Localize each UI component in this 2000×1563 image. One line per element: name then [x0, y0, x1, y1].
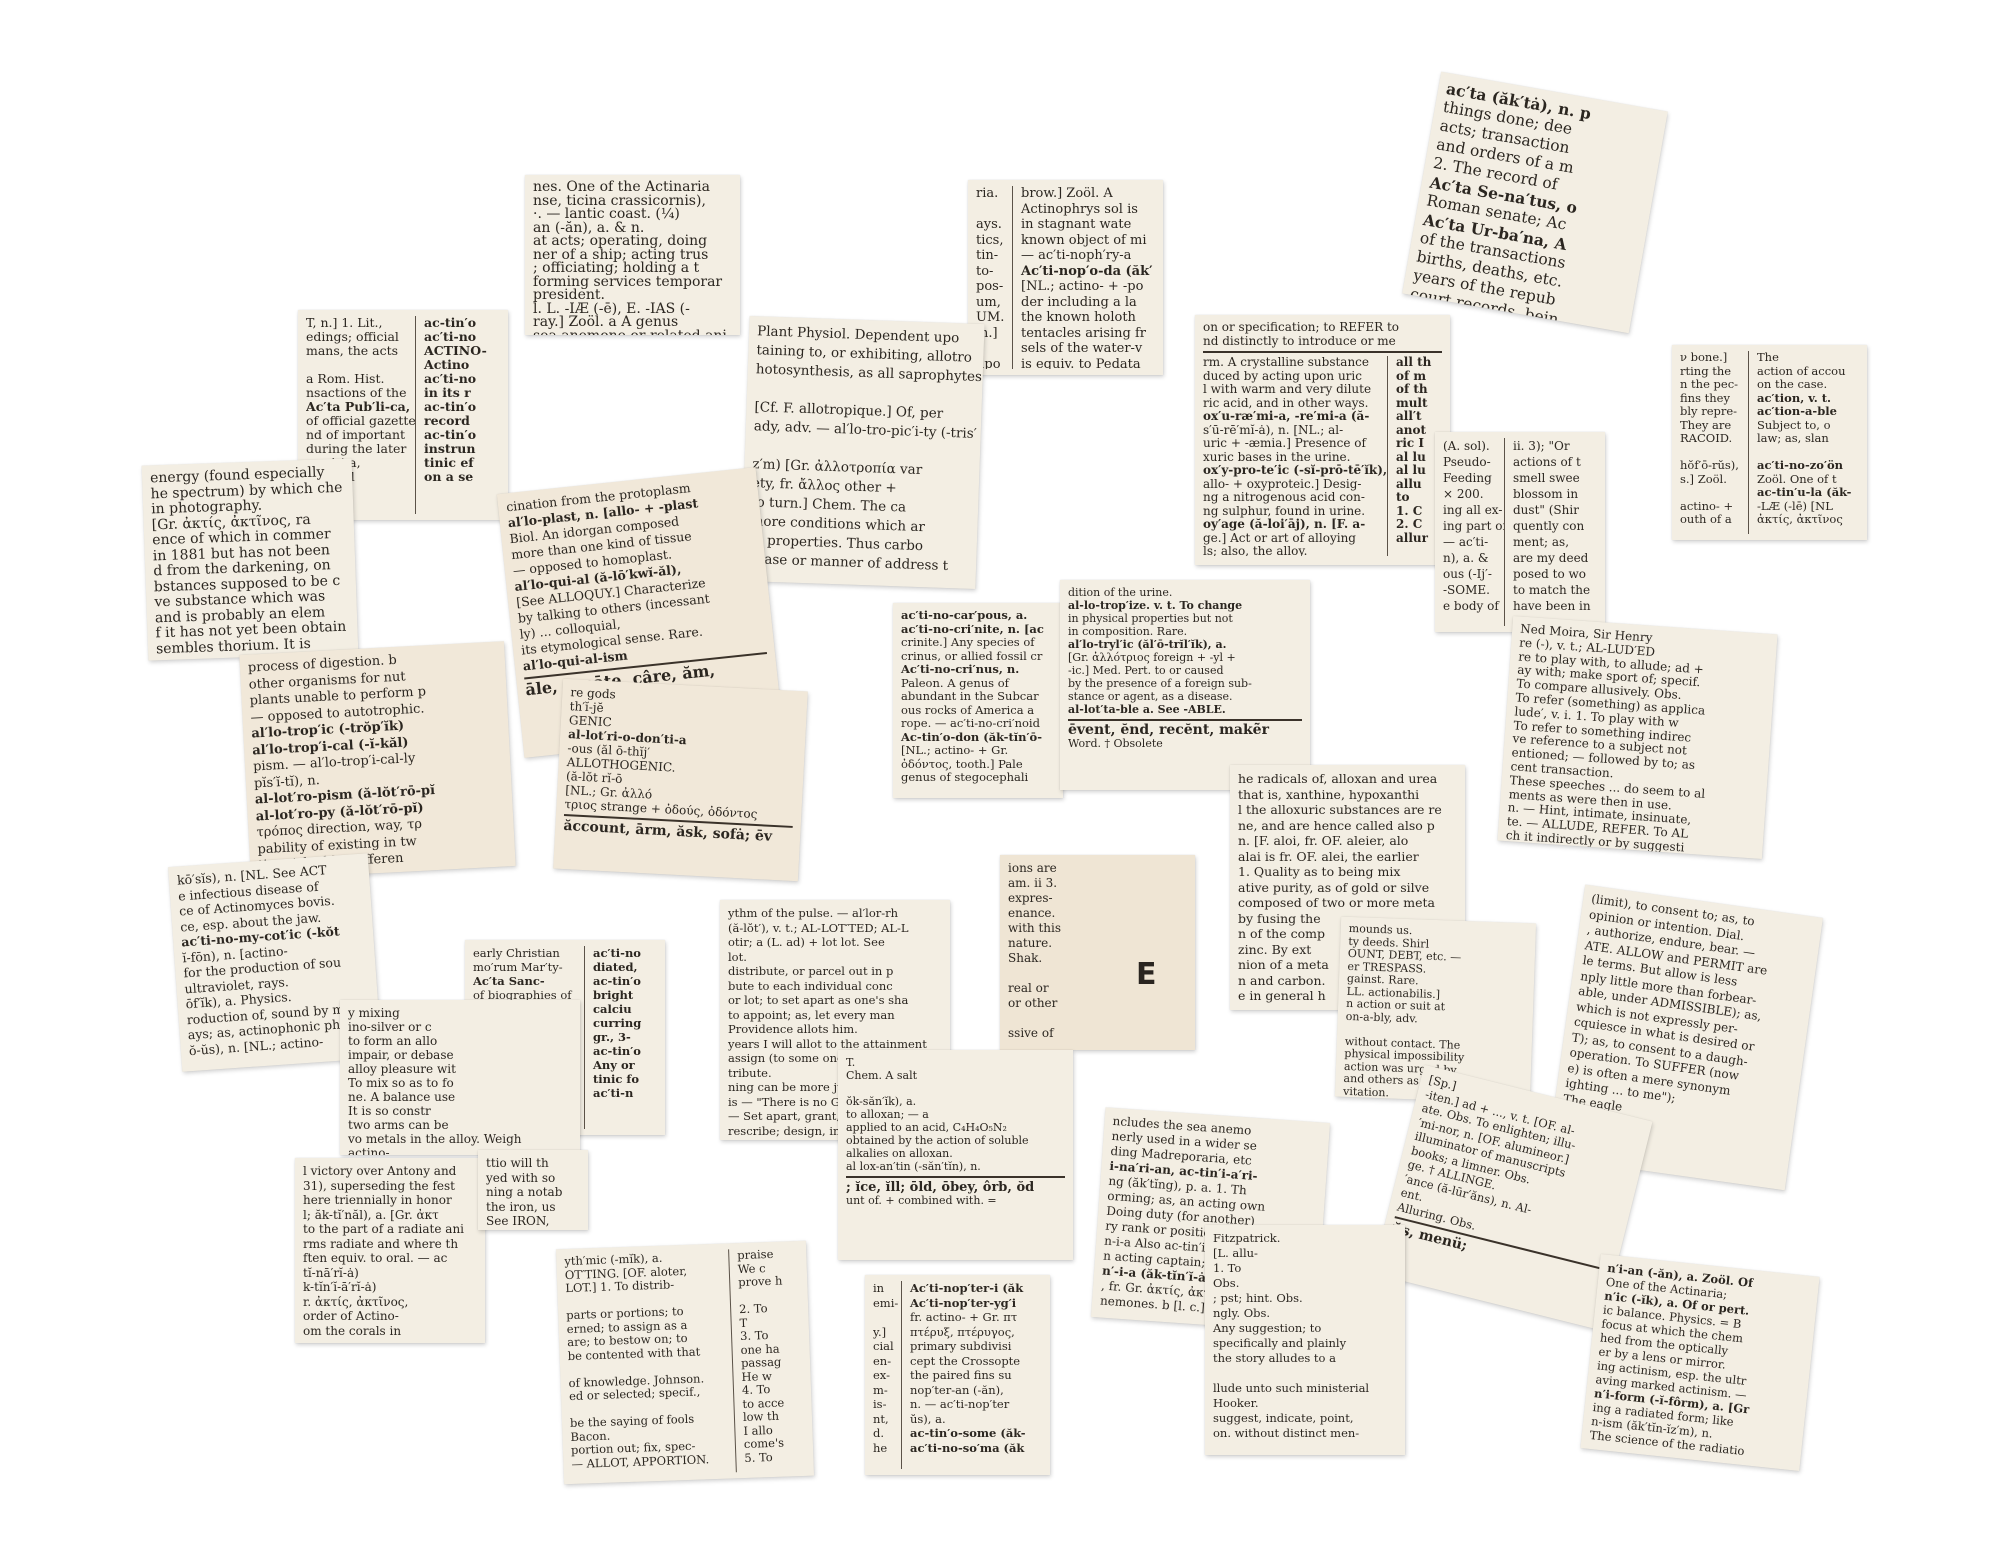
text-line: ac′tion-a-ble [1757, 405, 1853, 419]
text-line: xuric bases in the urine. [1203, 451, 1381, 465]
text-line: T, n.] 1. Lit., [306, 316, 409, 330]
text-line: Any or [593, 1058, 651, 1072]
fragment-iron: ttio will thyed with soning a notabthe i… [478, 1150, 588, 1230]
text-line: during the later [306, 442, 409, 456]
fragment-text: ttio will thyed with soning a notabthe i… [486, 1156, 580, 1229]
text-line: -LÆ (-lē) [NL [1757, 500, 1853, 514]
text-line: ria. [976, 186, 1006, 202]
fragment-text: nes. One of the Actinarianse, ticina cra… [533, 181, 732, 335]
fragment-allude: Ned Moira, Sir Henryre (-), v. t.; AL-LU… [1497, 616, 1777, 859]
text-line: ac-tin′u-la (ăk- [1757, 486, 1853, 500]
text-line: l; ăk-tĭ′năl), a. [Gr. ἀκτ [303, 1208, 477, 1223]
text-line: to- [976, 264, 1006, 280]
text-line: r. ἀκτίς, ἀκτῖνος, [303, 1295, 477, 1310]
fragment-alloy-mixing: y mixing ino-silver or cto form an alloi… [340, 1000, 580, 1155]
text-line: fins they [1680, 392, 1742, 406]
text-line [1008, 966, 1068, 981]
text-line: in its r [424, 386, 494, 400]
text-line: impair, or debase [348, 1048, 572, 1062]
text-line: early Christian [473, 946, 578, 960]
text-line: vo metals in the alloy. Weigh [348, 1132, 572, 1146]
pronunciation-key: ; ĭce, ĭll; ōld, ōbey, ôrb, ŏd [846, 1181, 1065, 1194]
text-line: mans, the acts [306, 344, 409, 358]
text-line: ric I [1396, 437, 1436, 451]
text-line: two arms can be [348, 1118, 572, 1132]
text-line: alai is fr. OF. alei, the earlier [1238, 849, 1457, 865]
text-line: Ac-tin′o-don (ăk-tĭn′ō- [901, 731, 1055, 745]
text-line: crinite.] Any species of [901, 636, 1055, 650]
text-line [1213, 1366, 1397, 1381]
text-line: Ac′ta Pub′li-ca, [306, 400, 409, 414]
text-line: years I will allot to the attainment [728, 1037, 942, 1052]
text-line: ν bone.] [1680, 351, 1742, 365]
text-line: Ac′ti-nop′o-da (ăk′ [1021, 264, 1149, 280]
text-line: are my deed [1513, 550, 1591, 566]
text-line: anot [1396, 424, 1436, 438]
text-line: Actinophrys sol is [1021, 202, 1149, 218]
text-line: tics, [976, 233, 1006, 249]
text-line: alloy pleasure wit [348, 1062, 572, 1076]
text-line: ythm of the pulse. — al′lor-rh [728, 906, 942, 921]
text-line: brow.] Zoöl. A [1021, 186, 1149, 202]
fragment-actinism: n′i-an (-ăn), a. Zoöl. OfOne of the Acti… [1580, 1254, 1819, 1471]
text-line: distribute, or parcel out in p [728, 964, 942, 979]
text-line: ac-tin′o [593, 1044, 651, 1058]
text-line [1680, 486, 1742, 500]
text-line: enance. [1008, 906, 1068, 921]
text-line: ac′ti-no-so′ma (ăk [910, 1441, 1036, 1456]
text-line: cept the Crossopte [910, 1354, 1036, 1369]
text-line: a Rom. Hist. [306, 372, 409, 386]
text-line: Subject to, o [1757, 419, 1853, 433]
text-line [1680, 446, 1742, 460]
text-line: rting the [1680, 365, 1742, 379]
text-line: ac-tin′o-some (ăk- [910, 1426, 1036, 1441]
fragment-text: y mixing ino-silver or cto form an alloi… [348, 1006, 572, 1155]
text-line: ; pst; hint. Obs. [1213, 1291, 1397, 1306]
text-line: e body of [1443, 598, 1498, 614]
text-line: nature. [1008, 936, 1068, 951]
fragment-text: cination from the protoplasmal′lo-plast,… [505, 474, 766, 675]
text-line: 1. To [1213, 1261, 1397, 1276]
text-line: tĭ-nā′rĭ-ȧ) [303, 1266, 477, 1281]
text-line [1757, 446, 1853, 460]
fragment-alloxuremia: on or specification; to REFER tond disti… [1195, 315, 1450, 565]
text-line: ox′y-pro-te′ic (-sĭ-prō-tē′ĭk), [1203, 464, 1381, 478]
text-line: rope. — ac′ti-no-cri′noid [901, 717, 1055, 731]
text-line: 1. Quality as to being mix [1238, 864, 1457, 880]
text-line: specifically and plainly [1213, 1336, 1397, 1351]
text-line: mo′rum Mar′ty- [473, 960, 578, 974]
text-line: ge.] Act or art of alloying [1203, 532, 1381, 546]
fragment-actions-shirley: (A. sol).Pseudo-Feeding× 200.ing all ex-… [1435, 432, 1605, 632]
text-line: Actino [424, 358, 494, 372]
text-line: genus of stegocephali [901, 771, 1055, 785]
text-line: dition of the urine. [1068, 586, 1302, 599]
text-line: gr., 3- [593, 1030, 651, 1044]
text-line: allu [1396, 478, 1436, 492]
text-line: n), a. & [1443, 550, 1498, 566]
text-line: ment; as, [1513, 534, 1591, 550]
left-column: ν bone.]rting then the pec-fins theybly … [1680, 351, 1748, 534]
text-line: the paired fins su [910, 1368, 1036, 1383]
text-line: ls; also, the alloy. [1203, 545, 1381, 556]
text-line: bright [593, 988, 651, 1002]
text-line: Obs. [1213, 1276, 1397, 1291]
fragment-actinopoda: ria. ays.tics,tin-to-pos-um,UM.m.] upo b… [968, 180, 1163, 375]
text-line: outh of a [1680, 513, 1742, 527]
text-line: n. — ac′ti-nop′ter [910, 1397, 1036, 1412]
text-line: tinic ef [424, 456, 494, 470]
text-line: to alloxan; — a [846, 1108, 1065, 1121]
text-line: ac′ti-no-cri′nite, n. [ac [901, 623, 1055, 637]
text-line: To mix so as to fo [348, 1076, 572, 1090]
text-line: RACOID. [1680, 432, 1742, 446]
fragment-actinal: l victory over Antony and31), supersedin… [295, 1158, 485, 1343]
fragment-letter-e: ions aream. ii 3.expres-enance.with this… [1000, 855, 1195, 1050]
text-line: ays. [976, 217, 1006, 233]
text-line: k-tĭn′ĭ-ā′rĭ-ȧ) [303, 1280, 477, 1295]
text-line: or other [1008, 996, 1068, 1011]
text-line: al lu [1396, 451, 1436, 465]
text-line: ac′ti-no-zo′ön [1757, 459, 1853, 473]
text-line: Paleon. A genus of [901, 677, 1055, 691]
text-line: See IRON, [486, 1214, 580, 1229]
key-legend: Word. † Obsolete [1068, 737, 1302, 750]
text-line: ac′ti-n [593, 1086, 651, 1100]
text-line: ssive of [1008, 1026, 1068, 1041]
text-line: y mixing [348, 1006, 572, 1020]
text-line: edings; official [306, 330, 409, 344]
fragment-text: ac′ti-no-car′pous, a.ac′ti-no-cri′nite, … [901, 609, 1055, 785]
text-line: composed of two or more meta [1238, 895, 1457, 911]
left-column: yth′mic (-mĭk), a.OT′TING. [OF. aloter,L… [564, 1249, 736, 1478]
text-line: Ac′ti-no-cri′nus, n. [901, 663, 1055, 677]
pronunciation-key: ēvent, ĕnd, recĕnt, makẽr [1068, 724, 1302, 737]
fragment-allotrylic: dition of the urine.al-lo-trop′ize. v. t… [1060, 580, 1310, 790]
fragment-text: dition of the urine.al-lo-trop′ize. v. t… [1068, 586, 1302, 716]
text-line: Shak. [1008, 951, 1068, 966]
text-line: to appoint; as, let every man [728, 1008, 942, 1023]
text-line: (ă-lŏt′), v. t.; AL-LOT′TED; AL-L [728, 921, 942, 936]
text-line: allo- + oxyproteic.] Desig- [1203, 478, 1381, 492]
text-line: applied to an acid, C₄H₄O₅N₂ [846, 1121, 1065, 1134]
text-line: ac-tin′o [593, 974, 651, 988]
text-line: ac-tin′o [424, 316, 494, 330]
text-line: [L. allu- [1213, 1246, 1397, 1261]
text-line: oy′age (ă-loi′āj), n. [F. a- [1203, 518, 1381, 532]
text-line: T. [846, 1056, 1065, 1069]
text-line: allur [1396, 532, 1436, 546]
text-line: The [1757, 351, 1853, 365]
text-line: bly repre- [1680, 405, 1742, 419]
text-line: hŏf′ō-rŭs), [1680, 459, 1742, 473]
text-line [1008, 1011, 1068, 1026]
text-line: calciu [593, 1002, 651, 1016]
text-line: instrun [424, 442, 494, 456]
text-line: is equiv. to Pedata [1021, 357, 1149, 370]
text-line: ino-silver or c [348, 1020, 572, 1034]
left-column: rm. A crystalline substanceduced by acti… [1203, 356, 1387, 556]
text-line: d. [873, 1426, 895, 1441]
text-line: the story alludes to a [1213, 1351, 1397, 1366]
text-line: Any suggestion; to [1213, 1321, 1397, 1336]
text-line: that is, xanthine, hypoxanthi [1238, 787, 1457, 803]
text-line: quently con [1513, 518, 1591, 534]
right-column: Theaction of accouon the case.ac′tion, v… [1748, 351, 1859, 534]
text-line: ngly. Obs. [1213, 1306, 1397, 1321]
text-line: to the part of a radiate ani [303, 1222, 477, 1237]
text-line: here triennially in honor [303, 1193, 477, 1208]
text-line: l victory over Antony and [303, 1164, 477, 1179]
pronunciation-key: ăccount, ārm, ăsk, sofȧ; ēv [563, 819, 792, 845]
text-line: stance or agent, as a disease. [1068, 690, 1302, 703]
fragment-text: l victory over Antony and31), supersedin… [303, 1164, 477, 1338]
text-line: the iron, us [486, 1200, 580, 1215]
fragment-allotting: yth′mic (-mĭk), a.OT′TING. [OF. aloter,L… [556, 1241, 814, 1485]
text-line: tinic fo [593, 1072, 651, 1086]
text-line: yed with so [486, 1171, 580, 1186]
text-line: m- [873, 1383, 895, 1398]
text-line: 31), superseding the fest [303, 1179, 477, 1194]
right-column: Ac′ti-nop′ter-i (ăkAc′ti-nop′ter-yg′ifr.… [901, 1281, 1042, 1469]
text-line: in stagnant wate [1021, 217, 1149, 233]
key-legend: unt of. + combined with. = [846, 1194, 1065, 1207]
text-line: ac-tin′o [424, 400, 494, 414]
text-line: on. without distinct men- [1213, 1426, 1397, 1441]
text-line: nd of important [306, 428, 409, 442]
text-line: Hooker. [1213, 1396, 1397, 1411]
fragment-actinium: energy (found especiallyhe spectrum) by … [142, 458, 359, 660]
text-line: obtained by the action of soluble [846, 1134, 1065, 1147]
text-line: y.] [873, 1325, 895, 1340]
text-line: known object of mi [1021, 233, 1149, 249]
text-line: al lox-an′tin (-săn′tĭn), n. [846, 1160, 1065, 1173]
text-line: nt, [873, 1412, 895, 1427]
text-line: ac-tin′o [424, 428, 494, 442]
text-line: to [1396, 491, 1436, 505]
text-line: is- [873, 1397, 895, 1412]
text-line: on or specification; to REFER to [1203, 321, 1442, 335]
text-line: expres- [1008, 891, 1068, 906]
text-line: ften equiv. to oral. — ac [303, 1251, 477, 1266]
text-line: action of accou [1757, 365, 1853, 379]
text-line: ac′tion, v. t. [1757, 392, 1853, 406]
fragment-text: T.Chem. A salt ŏk-săn′ĭk), a.to alloxan;… [846, 1056, 1065, 1173]
text-line [873, 1310, 895, 1325]
text-line: uric + -æmia.] Presence of [1203, 437, 1381, 451]
text-line: cial [873, 1339, 895, 1354]
text-line: It is so constr [348, 1104, 572, 1118]
text-line: actions of t [1513, 454, 1591, 470]
text-line: Ac′ta Sanc- [473, 974, 578, 988]
right-column: ac-tin′oac′ti-noACTINO-Actinoac′ti-noin … [415, 316, 500, 514]
text-line: ACTINO- [424, 344, 494, 358]
text-line: real or [1008, 981, 1068, 996]
text-line: Ac′ti-nop′ter-i (ăk [910, 1281, 1036, 1296]
text-line: Zoöl. One of t [1757, 473, 1853, 487]
text-line: he [873, 1441, 895, 1456]
fragment-acta: ac′ta (ăk′tȧ), n. pthings done; deeacts;… [1402, 72, 1668, 334]
text-line: abundant in the Subcar [901, 690, 1055, 704]
text-line: actino- + [1680, 500, 1742, 514]
text-line: blossom in [1513, 486, 1591, 502]
text-line: order of Actino- [303, 1309, 477, 1324]
text-line: ŏk-săn′ĭk), a. [846, 1095, 1065, 1108]
text-line: ac′ti-no [424, 372, 494, 386]
text-line: duced by acting upon uric [1203, 370, 1381, 384]
text-line: ative purity, as of gold or silve [1238, 880, 1457, 896]
fragment-top: on or specification; to REFER tond disti… [1203, 321, 1442, 348]
right-column: praiseWe cprove h 2. ToT3. Toone hapassa… [728, 1247, 806, 1472]
fragment-text: Plant Physiol. Dependent upotaining to, … [749, 322, 976, 576]
text-line [846, 1082, 1065, 1095]
text-line: ous (-Ij′- [1443, 566, 1498, 582]
text-line: l with warm and very dilute [1203, 383, 1381, 397]
text-line: curring [593, 1016, 651, 1030]
fragment-text: Fitzpatrick.[L. allu-1. ToObs.; pst; hin… [1213, 1231, 1397, 1441]
text-line: ing part of [1443, 518, 1498, 534]
right-column: ii. 3); "Oractions of tsmell sweeblossom… [1504, 438, 1597, 626]
text-line: lot. [728, 950, 942, 965]
text-line: alkalies on alloxan. [846, 1147, 1065, 1160]
text-line: ning a notab [486, 1185, 580, 1200]
text-line: Ac′ti-nop′ter-yg′i [910, 1296, 1036, 1311]
text-line: to match the [1513, 582, 1591, 598]
text-line: of official gazette [306, 414, 409, 428]
text-line: on a se [424, 470, 494, 484]
text-line: ox′u-ræ′mi-a, -re′mi-a (ă- [1203, 410, 1381, 424]
text-line: -ic.] Med. Pert. to or caused [1068, 664, 1302, 677]
text-line: of m [1396, 370, 1436, 384]
text-line: [NL.; actino- + Gr. [901, 744, 1055, 758]
right-column: brow.] Zoöl. AActinophrys sol isin stagn… [1012, 186, 1155, 369]
text-line: Chem. A salt [846, 1069, 1065, 1082]
text-line: ions are [1008, 861, 1068, 876]
fragment-actinocrinite: ac′ti-no-car′pous, a.ac′ti-no-cri′nite, … [893, 603, 1063, 798]
text-line: all′t [1396, 410, 1436, 424]
text-line: fr. actino- + Gr. πτ [910, 1310, 1036, 1325]
text-line: all th [1396, 356, 1436, 370]
text-line: sea anemone or related ani [533, 330, 732, 336]
text-line: [Gr. ἀλλότριος foreign + -yl + [1068, 651, 1302, 664]
text-line: in composition. Rare. [1068, 625, 1302, 638]
text-line: rms radiate and where th [303, 1237, 477, 1252]
text-line: nd distinctly to introduce or me [1203, 335, 1442, 349]
section-letter-e: E [1136, 967, 1157, 982]
text-line: ex- [873, 1368, 895, 1383]
right-column: ac′ti-nodiated,ac-tin′obrightcalciucurri… [584, 946, 657, 1129]
text-line: s′ū-rē′mĭ-ȧ), n. [NL.; al- [1203, 424, 1381, 438]
text-line: ne, and are hence called also p [1238, 818, 1457, 834]
text-line: n. [F. aloi, fr. OF. aleier, alo [1238, 833, 1457, 849]
text-line: ὀδόντος, tooth.] Pale [901, 758, 1055, 772]
text-line: ric acid, and in other ways. [1203, 397, 1381, 411]
text-line [306, 358, 409, 372]
text-line: 1. C [1396, 505, 1436, 519]
text-line: nsactions of the [306, 386, 409, 400]
left-column: (A. sol).Pseudo-Feeding× 200.ing all ex-… [1443, 438, 1504, 626]
divider-rule [1068, 719, 1302, 721]
text-line: with this [1008, 921, 1068, 936]
left-column: inemi- y.]cialen-ex-m-is-nt,d.he [873, 1281, 901, 1469]
text-line: by the presence of a foreign sub- [1068, 677, 1302, 690]
text-line: Fitzpatrick. [1213, 1231, 1397, 1246]
text-line: al-lot′ta-ble a. See -ABLE. [1068, 703, 1302, 716]
text-line: primary subdivisi [910, 1339, 1036, 1354]
text-line: the known holoth [1021, 310, 1149, 326]
text-line: der including a la [1021, 295, 1149, 311]
fragment-allotropism: process of digestion. bother organisms f… [239, 641, 515, 880]
text-line: otir; a (L. ad) + lot lot. See [728, 935, 942, 950]
text-line: -SOME. [1443, 582, 1498, 598]
text-line: al′lo-tryl′ic (ăl′ō-trĭl′ĭk), a. [1068, 638, 1302, 651]
text-line: tin- [976, 248, 1006, 264]
text-line: to form an allo [348, 1034, 572, 1048]
text-line: ac′ti-no [424, 330, 494, 344]
text-line: rm. A crystalline substance [1203, 356, 1381, 370]
text-line: ttio will th [486, 1156, 580, 1171]
text-line: diated, [593, 960, 651, 974]
fragment-text: process of digestion. bother organisms f… [248, 648, 508, 875]
text-line: have been in [1513, 598, 1591, 614]
text-line: 2. C [1396, 518, 1436, 532]
text-line: (A. sol). [1443, 438, 1498, 454]
text-line: ng a nitrogenous acid con- [1203, 491, 1381, 505]
text-line: suggest, indicate, point, [1213, 1411, 1397, 1426]
fragment-allothigenic: re godsth′ĭ-jĕGENICal-lot′ri-o-don′ti-a-… [553, 679, 808, 882]
text-line: ne. A balance use [348, 1090, 572, 1104]
fragment-actinopterygii: inemi- y.]cialen-ex-m-is-nt,d.he Ac′ti-n… [865, 1275, 1050, 1475]
text-line: l the alloxuric substances are re [1238, 802, 1457, 818]
fragment-text: ac′ta (ăk′tȧ), n. pthings done; deeacts;… [1405, 79, 1659, 333]
text-line: ii. 3); "Or [1513, 438, 1591, 454]
text-line: en- [873, 1354, 895, 1369]
fragment-actinozoon: ν bone.]rting then the pec-fins theybly … [1672, 345, 1867, 540]
text-line: in physical properties but not [1068, 612, 1302, 625]
text-line: ŭs), a. [910, 1412, 1036, 1427]
text-line: tentacles arising fr [1021, 326, 1149, 342]
text-line: record [424, 414, 494, 428]
text-line: llude unto such ministerial [1213, 1381, 1397, 1396]
right-column: all thof mof thmultall′tanotric Ial lual… [1387, 356, 1442, 556]
fragment-text: ions aream. ii 3.expres-enance.with this… [1008, 861, 1068, 1041]
divider-rule [1203, 351, 1442, 353]
text-line: [NL.; actino- + -po [1021, 279, 1149, 295]
fragment-text: re godsth′ĭ-jĕGENICal-lot′ri-o-don′ti-a-… [564, 685, 799, 823]
text-line: om the corals in [303, 1324, 477, 1339]
text-line: emi- [873, 1296, 895, 1311]
text-line: um, [976, 295, 1006, 311]
text-line: smell swee [1513, 470, 1591, 486]
text-line: he radicals of, alloxan and urea [1238, 771, 1457, 787]
text-line: on the case. [1757, 378, 1853, 392]
text-line: ac′ti-no [593, 946, 651, 960]
text-line: or lot; to set apart as one's sha [728, 993, 942, 1008]
text-line: × 200. [1443, 486, 1498, 502]
text-line: crinus, or allied fossil cr [901, 650, 1055, 664]
text-line: dust" (Shir [1513, 502, 1591, 518]
text-line: sels of the water-v [1021, 341, 1149, 357]
text-line: pos- [976, 279, 1006, 295]
text-line: n the pec- [1680, 378, 1742, 392]
fragment-allude-story: Fitzpatrick.[L. allu-1. ToObs.; pst; hin… [1205, 1225, 1405, 1455]
fragment-alloxan: T.Chem. A salt ŏk-săn′ĭk), a.to alloxan;… [838, 1050, 1073, 1260]
text-line: of th [1396, 383, 1436, 397]
fragment-text: Ned Moira, Sir Henryre (-), v. t.; AL-LU… [1505, 623, 1769, 859]
text-line: Pseudo- [1443, 454, 1498, 470]
text-line: πτέρυξ, πτέρυγος, [910, 1325, 1036, 1340]
